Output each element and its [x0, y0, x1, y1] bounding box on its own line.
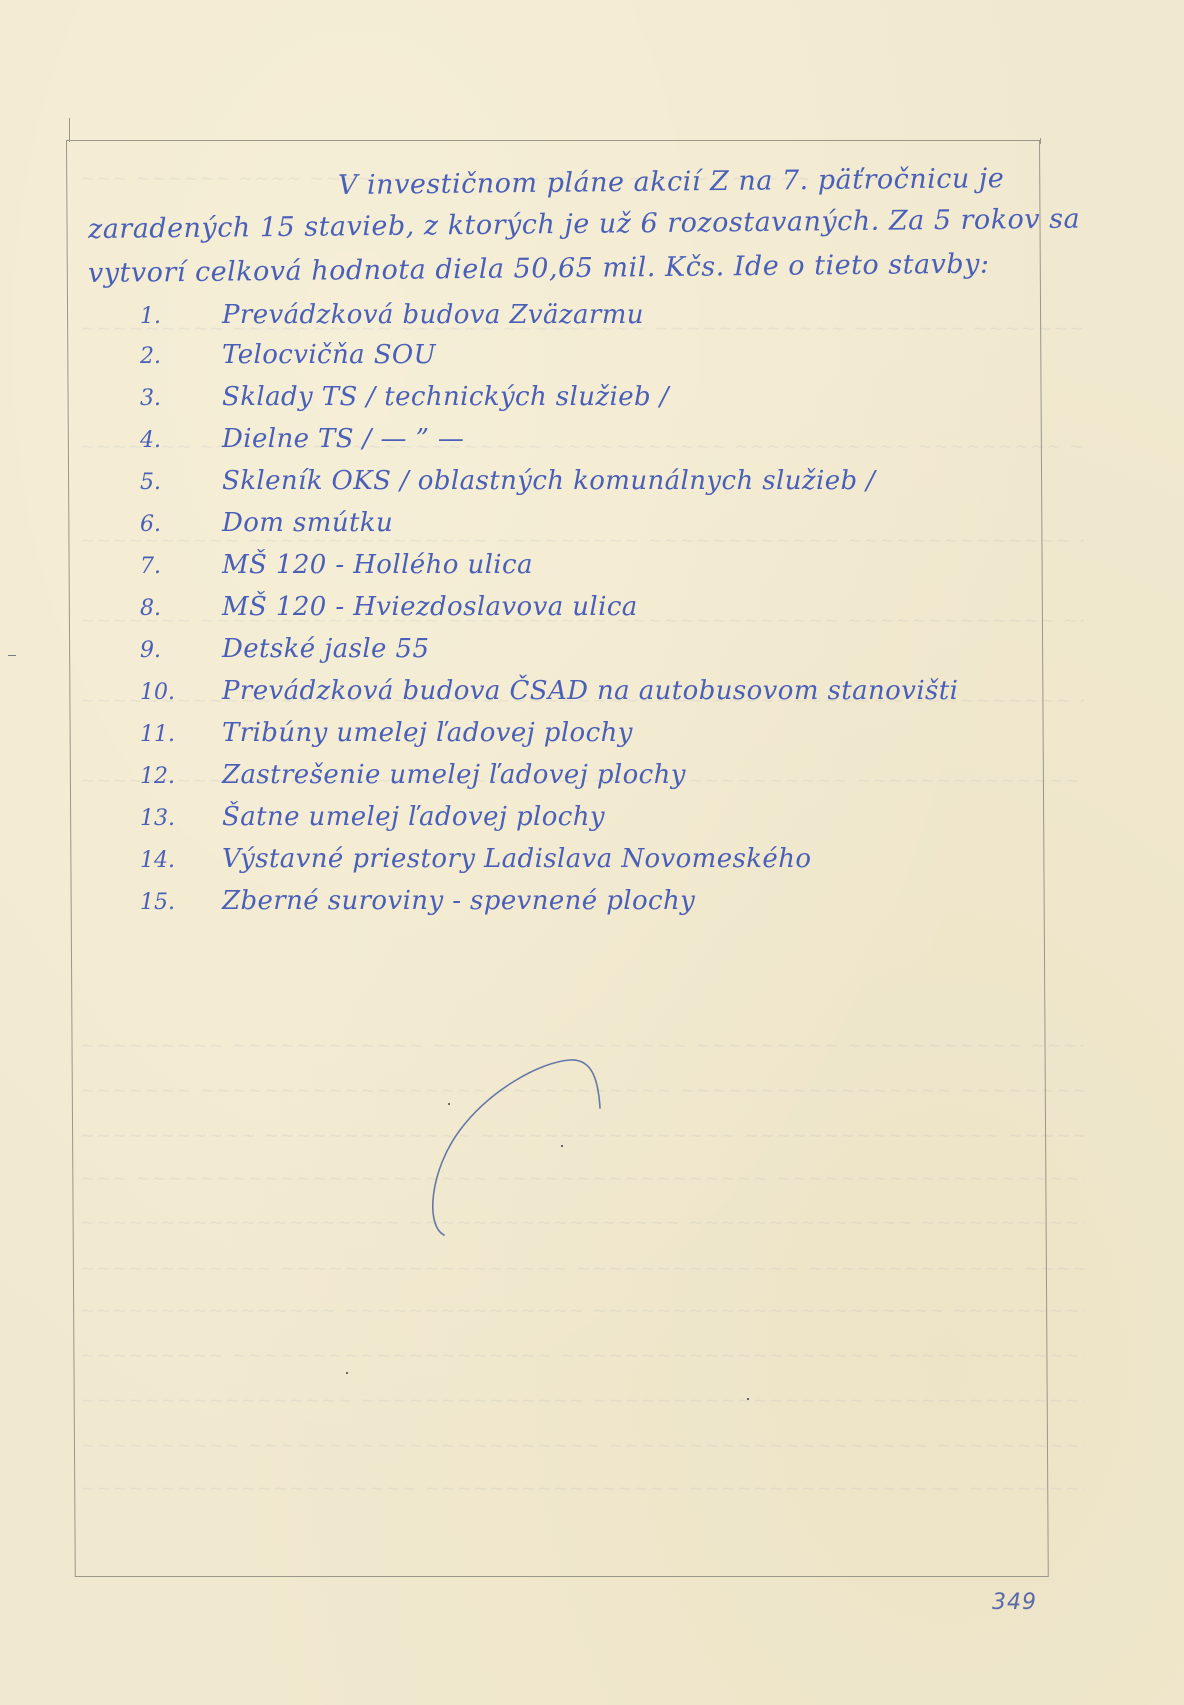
ink-speck: [448, 1103, 450, 1105]
ink-speck: [561, 1145, 563, 1147]
list-item-number: 12.: [140, 764, 222, 789]
list-item-number: 13.: [140, 806, 222, 831]
signature-stroke: [420, 1050, 660, 1250]
list-item: 6. Dom smútku: [140, 508, 393, 548]
list-item-text: Dielne TS / — ” —: [222, 424, 464, 454]
list-item: 7. MŠ 120 - Hollého ulica: [140, 550, 533, 590]
frame-corner-tick: [69, 118, 70, 142]
list-item-text: Dom smútku: [222, 508, 393, 538]
list-item: 11. Tribúny umelej ľadovej plochy: [140, 718, 633, 758]
list-item: 2. Telocvičňa SOU: [140, 340, 436, 380]
ink-speck: [747, 1398, 749, 1400]
frame-corner-tick: [1040, 138, 1041, 144]
list-item-number: 4.: [140, 428, 222, 453]
list-item-number: 8.: [140, 596, 222, 621]
list-item: 14. Výstavné priestory Ladislava Novomes…: [140, 844, 811, 884]
list-item: 12. Zastrešenie umelej ľadovej plochy: [140, 760, 686, 800]
list-item-number: 1.: [140, 304, 222, 329]
list-item-number: 10.: [140, 680, 222, 705]
list-item-number: 7.: [140, 554, 222, 579]
list-item-number: 3.: [140, 386, 222, 411]
list-item-text: Šatne umelej ľadovej plochy: [222, 802, 605, 832]
ink-speck: [8, 655, 16, 656]
list-item: 3. Sklady TS / technických služieb /: [140, 382, 669, 422]
list-item-text: Prevádzková budova ČSAD na autobusovom s…: [222, 676, 958, 706]
list-item: 9. Detské jasle 55: [140, 634, 429, 674]
ink-speck: [346, 1372, 348, 1374]
list-item-text: Telocvičňa SOU: [222, 340, 436, 370]
list-item-text: Prevádzková budova Zväzarmu: [222, 300, 644, 330]
list-item-number: 14.: [140, 848, 222, 873]
list-item-text: MŠ 120 - Hviezdoslavova ulica: [222, 592, 638, 622]
list-item-number: 2.: [140, 344, 222, 369]
list-item-text: Zberné suroviny - spevnené plochy: [222, 886, 695, 916]
list-item-number: 9.: [140, 638, 222, 663]
list-item-text: Zastrešenie umelej ľadovej plochy: [222, 760, 686, 790]
list-item: 10. Prevádzková budova ČSAD na autobusov…: [140, 676, 958, 716]
list-item-number: 15.: [140, 890, 222, 915]
list-item-number: 5.: [140, 470, 222, 495]
list-item: 4. Dielne TS / — ” —: [140, 424, 464, 464]
list-item: 13. Šatne umelej ľadovej plochy: [140, 802, 605, 842]
list-item-number: 6.: [140, 512, 222, 537]
list-item-text: Sklady TS / technických služieb /: [222, 382, 669, 412]
list-item-text: Skleník OKS / oblastných komunálnych slu…: [222, 466, 875, 496]
page-number: 349: [992, 1590, 1037, 1615]
list-item: 5. Skleník OKS / oblastných komunálnych …: [140, 466, 875, 506]
list-item-text: Výstavné priestory Ladislava Novomeského: [222, 844, 811, 874]
list-item-number: 11.: [140, 722, 222, 747]
list-item-text: MŠ 120 - Hollého ulica: [222, 550, 533, 580]
list-item: 1. Prevádzková budova Zväzarmu: [140, 300, 644, 340]
list-item-text: Tribúny umelej ľadovej plochy: [222, 718, 633, 748]
list-item: 8. MŠ 120 - Hviezdoslavova ulica: [140, 592, 638, 632]
list-item: 15. Zberné suroviny - spevnené plochy: [140, 886, 695, 926]
list-item-text: Detské jasle 55: [222, 634, 429, 664]
